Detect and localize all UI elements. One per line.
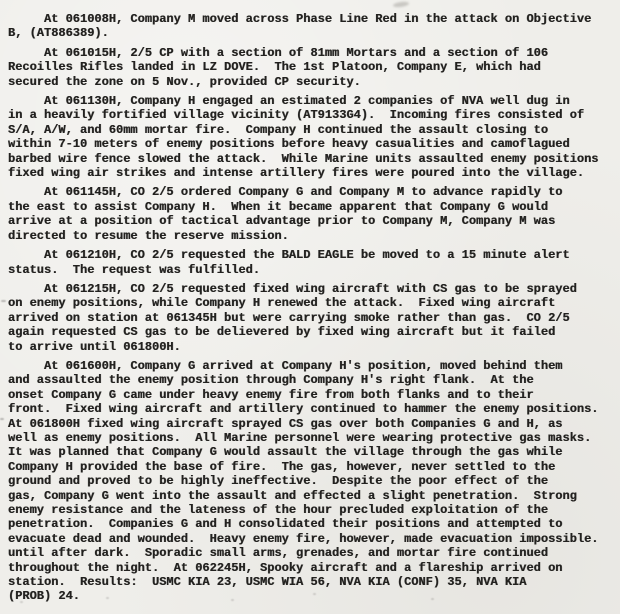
scan-speck <box>431 598 434 600</box>
scan-speck <box>20 601 23 603</box>
paragraph: At 061215H, CO 2/5 requested fixed wing … <box>8 282 617 354</box>
document-text: At 061008H, Company M moved across Phase… <box>8 12 617 609</box>
scan-speck <box>0 418 4 420</box>
scan-speck <box>106 597 109 599</box>
paragraph: At 061600H, Company G arrived at Company… <box>8 359 617 604</box>
scan-smudge <box>393 1 410 8</box>
scan-speck <box>313 593 316 595</box>
paragraph: At 061145H, CO 2/5 ordered Company G and… <box>8 185 617 243</box>
paragraph: At 061130H, Company H engaged an estimat… <box>8 94 617 180</box>
scan-speck <box>1 300 6 302</box>
scan-speck <box>231 599 234 601</box>
paragraph: At 061015H, 2/5 CP with a section of 81m… <box>8 46 617 89</box>
scanned-document-page: At 061008H, Company M moved across Phase… <box>0 0 620 614</box>
paragraph: At 061008H, Company M moved across Phase… <box>8 12 617 41</box>
paragraph: At 061210H, CO 2/5 requested the BALD EA… <box>8 248 617 277</box>
